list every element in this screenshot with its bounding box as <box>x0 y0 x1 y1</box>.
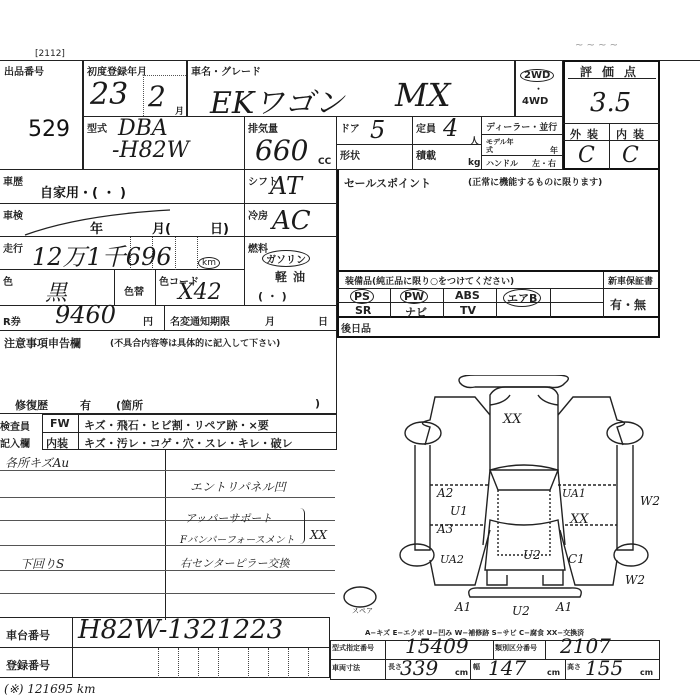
car-grade: MX <box>395 76 451 114</box>
drive-2wd-option[interactable]: 2WD <box>520 69 554 82</box>
inspection-strikethrough <box>20 200 190 240</box>
new-car-warranty-value[interactable]: 有・無 <box>610 296 646 313</box>
fuel-other-option[interactable]: ( ・ ) <box>258 288 287 304</box>
damage-legend: A−キズ E−エクボ U−凹み W−補修跡 S−サビ C−腐食 XX−交換済 <box>365 628 584 638</box>
model-line2: -H82W <box>112 138 189 163</box>
remark-right-3: Fバンパーフォースメント <box>180 531 295 546</box>
lot-number: 529 <box>28 117 70 142</box>
car-name-label: 車名・グレード <box>191 63 261 78</box>
displacement-label: 排気量 <box>248 120 278 135</box>
recycle-unit: 円 <box>143 313 153 328</box>
mileage-value: 12万1千696 <box>32 237 172 272</box>
fw-items: キズ・飛石・ヒビ割・リペア跡・×要 <box>84 417 269 433</box>
damage-mark: UA1 <box>562 487 586 500</box>
model-label: 型式 <box>87 120 107 135</box>
color-change-label: 色替 <box>124 283 144 298</box>
load-unit: kg <box>468 158 480 168</box>
dimensions-label: 車両寸法 <box>332 663 360 673</box>
score-value: 3.5 <box>590 88 631 118</box>
mileage-unit: km <box>198 257 220 269</box>
load-label: 積載 <box>416 147 436 162</box>
damage-mark: W2 <box>640 494 660 508</box>
later-items-cell <box>337 318 660 338</box>
equip-tv[interactable]: TV <box>460 304 476 317</box>
mileage-digit-divider <box>130 237 131 270</box>
equip-col <box>603 272 604 318</box>
usage-label: 車歴 <box>3 173 23 188</box>
damage-mark: XX <box>503 412 522 427</box>
spare-label: スペア <box>352 606 373 616</box>
first-registration-month: 2 <box>148 80 166 113</box>
height-value: 155 <box>585 656 623 680</box>
width-label: 幅 <box>473 662 480 672</box>
dim-col <box>565 660 566 680</box>
remarks-bracket-mark: XX <box>310 528 327 542</box>
displacement-unit: CC <box>318 157 331 167</box>
repair-close: ) <box>315 397 320 410</box>
score-vertical <box>609 123 610 170</box>
ac-value: AC <box>272 206 311 236</box>
car-name: EKワゴン <box>210 78 344 122</box>
footer-mileage-note: (※) 121695 km <box>4 682 96 696</box>
notes-label: 注意事項申告欄 <box>4 335 81 351</box>
dealer-divider <box>482 134 563 135</box>
shift-value: AT <box>270 172 302 200</box>
remark-right-1: エントリパネル凹 <box>190 478 286 495</box>
color-label: 色 <box>3 273 13 288</box>
dealer-divider2 <box>482 155 563 156</box>
equipment-label: 装備品(純正品に限り○をつけてください) <box>345 274 514 287</box>
interior-items: キズ・汚レ・コゲ・穴・スレ・キレ・破レ <box>84 435 293 451</box>
name-change-day: 日 <box>318 313 328 328</box>
mileage-digit-divider <box>175 237 176 270</box>
drive-separator: ・ <box>534 82 543 95</box>
car-body-diagram <box>395 375 665 605</box>
repair-location: (箇所 <box>116 397 143 413</box>
damage-mark: UA2 <box>440 553 464 566</box>
warranty-divider <box>603 288 660 289</box>
interior-inspect-label: 内装 <box>46 435 68 451</box>
damage-mark: U2 <box>512 604 530 618</box>
ac-label: 冷房 <box>248 207 268 222</box>
name-change-label: 名変通知期限 <box>170 313 230 328</box>
exterior-grade: C <box>578 143 595 168</box>
damage-mark: U2 <box>523 548 541 562</box>
equip-col <box>550 288 551 318</box>
remarks-bracket <box>300 508 305 544</box>
sales-point-note: (正常に機能するものに限ります) <box>468 175 602 188</box>
repair-history-value: 有 <box>80 397 91 413</box>
reg-digit-divider <box>158 648 159 678</box>
lot-number-label: 出品番号 <box>4 63 44 78</box>
damage-mark: W2 <box>625 573 645 587</box>
remark-right-2: アッパーサポート <box>185 510 272 526</box>
handle-label: ハンドル <box>486 158 518 169</box>
equip-divider <box>337 302 603 303</box>
recycle-value: 9460 <box>55 301 116 329</box>
displacement-value: 660 <box>255 134 308 167</box>
equip-airbag[interactable]: エアB <box>503 289 541 307</box>
damage-mark: A2 <box>437 486 453 500</box>
length-value: 339 <box>400 656 438 680</box>
month-unit: 月 <box>175 104 184 117</box>
height-label: 高さ <box>567 662 581 672</box>
equip-sr[interactable]: SR <box>355 304 371 317</box>
form-code: [2112] <box>35 49 65 59</box>
reg-digit-divider <box>308 648 309 678</box>
new-car-warranty-label: 新車保証書 <box>608 274 653 287</box>
mileage-digit-divider <box>152 237 153 270</box>
length-unit: cm <box>455 668 468 677</box>
equip-col <box>390 288 391 318</box>
category-label: 類別区分番号 <box>495 643 537 653</box>
color-code: X42 <box>178 280 222 305</box>
drive-4wd-option[interactable]: 4WD <box>522 96 548 107</box>
doors-value: 5 <box>370 116 385 144</box>
type-approval-label: 型式指定番号 <box>332 643 374 653</box>
score-sub-divider2 <box>563 140 660 141</box>
dealer-label: ディーラー・並行 <box>486 120 557 133</box>
inspector-label-1: 検査員 <box>0 418 30 433</box>
damage-mark: U1 <box>450 504 468 518</box>
top-faint-text: ~ ~ ~ ~ <box>575 40 618 51</box>
interior-grade: C <box>622 143 639 168</box>
dim-col <box>470 660 471 680</box>
damage-mark: A3 <box>437 522 453 536</box>
inspector-label-2: 記入欄 <box>0 435 30 450</box>
mileage-label: 走行 <box>3 240 23 255</box>
remark-right-4: 右センターピラー交換 <box>180 555 290 571</box>
score-sub-divider <box>563 123 660 124</box>
height-unit: cm <box>640 668 653 677</box>
equip-abs[interactable]: ABS <box>455 289 480 302</box>
name-change-month: 月 <box>265 313 275 328</box>
approval-col <box>545 640 546 660</box>
reg-digit-divider <box>288 648 289 678</box>
score-divider <box>568 78 656 79</box>
later-items-label: 後日品 <box>341 320 371 335</box>
capacity-label: 定員 <box>416 120 436 135</box>
ruled-line <box>0 520 335 521</box>
remark-left-1: 各所キズAu <box>5 454 69 471</box>
first-registration-label: 初度登録年月 <box>87 63 147 78</box>
fuel-diesel-option[interactable]: 軽油 <box>275 268 311 285</box>
fw-label: FW <box>50 417 70 430</box>
remark-left-5: 下回りS <box>20 555 64 572</box>
reg-digit-divider <box>178 648 179 678</box>
registration-label: 登録番号 <box>6 657 50 673</box>
damage-mark: A1 <box>455 600 471 614</box>
fuel-gasoline-option[interactable]: ガソリン <box>262 250 310 267</box>
doors-label: ドア <box>340 120 360 135</box>
ruled-line <box>0 497 335 498</box>
model-year-label: モデル年式 <box>486 138 516 154</box>
width-unit: cm <box>547 668 560 677</box>
inspection-day: 日) <box>210 218 229 237</box>
category-number: 2107 <box>560 634 611 658</box>
type-approval-number: 15409 <box>405 634 469 658</box>
remarks-center-line <box>165 450 166 620</box>
sales-point-label: セールスポイント <box>344 175 431 191</box>
handle-options: 左・右 <box>532 158 556 169</box>
width-value: 147 <box>488 656 526 680</box>
first-registration-year: 23 <box>90 77 128 112</box>
repair-history-label: 修復歴 <box>15 397 48 413</box>
ruled-line <box>0 593 335 594</box>
capacity-value: 4 <box>443 114 458 142</box>
equip-col <box>496 288 497 318</box>
reg-digit-divider <box>218 648 219 678</box>
recycle-label: R券 <box>3 313 21 328</box>
damage-mark: A1 <box>556 600 572 614</box>
damage-mark: C1 <box>568 552 585 566</box>
equip-ps[interactable]: PS <box>350 289 374 304</box>
notes-note: (不具合内容等は具体的に記入して下さい) <box>110 336 280 349</box>
chassis-label: 車台番号 <box>6 627 50 643</box>
fuel-label: 燃料 <box>248 240 268 255</box>
reg-digit-divider <box>198 648 199 678</box>
usage-value: 自家用・( ・ ) <box>40 182 126 201</box>
inspector-col <box>78 414 79 450</box>
shape-label: 形状 <box>340 147 360 162</box>
chassis-number: H82W-1321223 <box>78 615 283 645</box>
equip-pw[interactable]: PW <box>400 289 428 304</box>
equip-col <box>443 288 444 318</box>
reg-digit-divider <box>268 648 269 678</box>
damage-mark: XX <box>570 512 589 527</box>
reg-digit-divider <box>248 648 249 678</box>
